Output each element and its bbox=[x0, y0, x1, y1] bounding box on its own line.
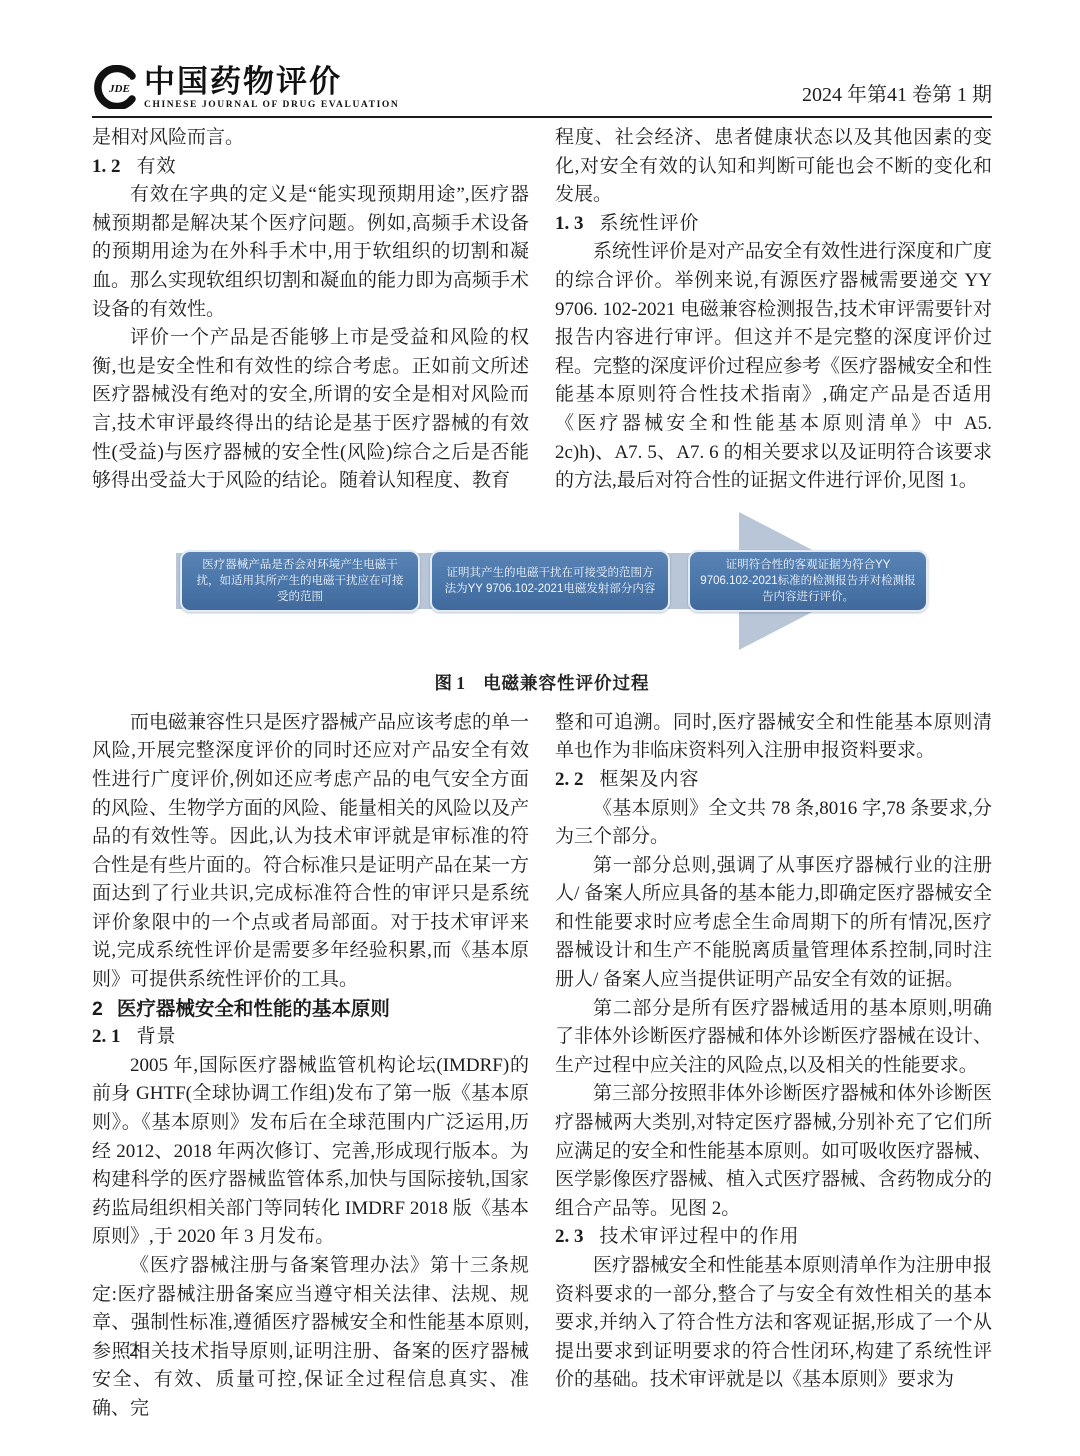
heading-number: 2. 1 bbox=[92, 1026, 121, 1047]
paragraph: 是相对风险而言。 bbox=[92, 124, 529, 153]
paragraph: 《基本原则》全文共 78 条,8016 字,78 条要求,分为三个部分。 bbox=[555, 795, 992, 852]
issue-info: 2024 年第41 卷第 1 期 bbox=[802, 82, 992, 110]
page-header: JDE 中国药物评价 CHINESE JOURNAL OF DRUG EVALU… bbox=[92, 58, 992, 118]
heading-title: 技术审评过程中的作用 bbox=[600, 1226, 800, 1247]
paragraph: 医疗器械安全和性能基本原则清单作为注册申报资料要求的一部分,整合了与安全有效性相… bbox=[555, 1252, 992, 1395]
figure-caption: 图 1电磁兼容性评价过程 bbox=[92, 670, 992, 695]
journal-page: JDE 中国药物评价 CHINESE JOURNAL OF DRUG EVALU… bbox=[0, 0, 1080, 1456]
paragraph: 系统性评价是对产品安全有效性进行深度和广度的综合评价。举例来说,有源医疗器械需要… bbox=[555, 238, 992, 495]
section-heading-2: 2医疗器械安全和性能的基本原则 bbox=[92, 995, 529, 1024]
section-heading-1-2: 1. 2有效 bbox=[92, 153, 529, 182]
section-heading-1-3: 1. 3系统性评价 bbox=[555, 210, 992, 239]
journal-logo-icon: JDE bbox=[92, 65, 138, 109]
section-heading-2-2: 2. 2框架及内容 bbox=[555, 766, 992, 795]
journal-logo-titles: 中国药物评价 CHINESE JOURNAL OF DRUG EVALUATIO… bbox=[144, 65, 399, 110]
page-content: 是相对风险而言。 1. 2有效 有效在字典的定义是“能实现预期用途”,医疗器械预… bbox=[92, 124, 992, 1424]
page-number: · 2 · bbox=[118, 1340, 150, 1362]
journal-logo: JDE 中国药物评价 CHINESE JOURNAL OF DRUG EVALU… bbox=[92, 65, 399, 110]
journal-title-cn: 中国药物评价 bbox=[144, 65, 399, 98]
heading-title: 系统性评价 bbox=[600, 213, 700, 234]
bottom-section: 而电磁兼容性只是医疗器械产品应该考虑的单一风险,开展完整深度评价的同时还应对产品… bbox=[92, 709, 992, 1424]
heading-number: 2 bbox=[92, 998, 103, 1020]
heading-title: 框架及内容 bbox=[600, 769, 700, 790]
top-left-column: 是相对风险而言。 1. 2有效 有效在字典的定义是“能实现预期用途”,医疗器械预… bbox=[92, 124, 529, 496]
paragraph: 有效在字典的定义是“能实现预期用途”,医疗器械预期都是解决某个医疗问题。例如,高… bbox=[92, 181, 529, 324]
figure-step-box-2: 证明其产生的电磁干扰在可接受的范围方法为YY 9706.102-2021电磁发射… bbox=[430, 550, 670, 612]
top-right-column: 程度、社会经济、患者健康状态以及其他因素的变化,对安全有效的认知和判断可能也会不… bbox=[555, 124, 992, 496]
logo-mark-text: JDE bbox=[108, 83, 130, 95]
section-heading-2-3: 2. 3技术审评过程中的作用 bbox=[555, 1223, 992, 1252]
paragraph: 《医疗器械注册与备案管理办法》第十三条规定:医疗器械注册备案应当遵守相关法律、法… bbox=[92, 1252, 529, 1424]
paragraph: 评价一个产品是否能够上市是受益和风险的权衡,也是安全性和有效性的综合考虑。正如前… bbox=[92, 324, 529, 496]
heading-number: 2. 2 bbox=[555, 769, 584, 790]
heading-number: 2. 3 bbox=[555, 1226, 584, 1247]
figure-step-box-1: 医疗器械产品是否会对环境产生电磁干扰，如适用其所产生的电磁干扰应在可接受的范围 bbox=[180, 550, 420, 612]
figure-caption-label: 图 1 bbox=[434, 673, 465, 693]
paragraph: 整和可追溯。同时,医疗器械安全和性能基本原则清单也作为非临床资料列入注册申报资料… bbox=[555, 709, 992, 766]
paragraph: 程度、社会经济、患者健康状态以及其他因素的变化,对安全有效的认知和判断可能也会不… bbox=[555, 124, 992, 210]
heading-number: 1. 3 bbox=[555, 213, 584, 234]
bottom-right-column: 整和可追溯。同时,医疗器械安全和性能基本原则清单也作为非临床资料列入注册申报资料… bbox=[555, 709, 992, 1424]
paragraph: 而电磁兼容性只是医疗器械产品应该考虑的单一风险,开展完整深度评价的同时还应对产品… bbox=[92, 709, 529, 995]
heading-title: 医疗器械安全和性能的基本原则 bbox=[117, 998, 390, 1020]
figure-1: 医疗器械产品是否会对环境产生电磁干扰，如适用其所产生的电磁干扰应在可接受的范围 … bbox=[92, 506, 992, 695]
figure-step-box-3: 证明符合性的客观证据为符合YY 9706.102-2021标准的检测报告并对检测… bbox=[688, 550, 928, 612]
bottom-left-column: 而电磁兼容性只是医疗器械产品应该考虑的单一风险,开展完整深度评价的同时还应对产品… bbox=[92, 709, 529, 1424]
paragraph: 第三部分按照非体外诊断医疗器械和体外诊断医疗器械两大类别,对特定医疗器械,分别补… bbox=[555, 1080, 992, 1223]
heading-title: 背景 bbox=[137, 1026, 177, 1047]
figure-canvas: 医疗器械产品是否会对环境产生电磁干扰，如适用其所产生的电磁干扰应在可接受的范围 … bbox=[172, 506, 962, 656]
section-heading-2-1: 2. 1背景 bbox=[92, 1023, 529, 1052]
heading-title: 有效 bbox=[137, 156, 177, 177]
top-section: 是相对风险而言。 1. 2有效 有效在字典的定义是“能实现预期用途”,医疗器械预… bbox=[92, 124, 992, 496]
paragraph: 第二部分是所有医疗器械适用的基本原则,明确了非体外诊断医疗器械和体外诊断医疗器械… bbox=[555, 995, 992, 1081]
paragraph: 第一部分总则,强调了从事医疗器械行业的注册人/ 备案人所应具备的基本能力,即确定… bbox=[555, 852, 992, 995]
paragraph: 2005 年,国际医疗器械监管机构论坛(IMDRF)的前身 GHTF(全球协调工… bbox=[92, 1052, 529, 1252]
heading-number: 1. 2 bbox=[92, 156, 121, 177]
figure-caption-text: 电磁兼容性评价过程 bbox=[483, 673, 650, 693]
journal-title-en: CHINESE JOURNAL OF DRUG EVALUATION bbox=[144, 100, 399, 110]
